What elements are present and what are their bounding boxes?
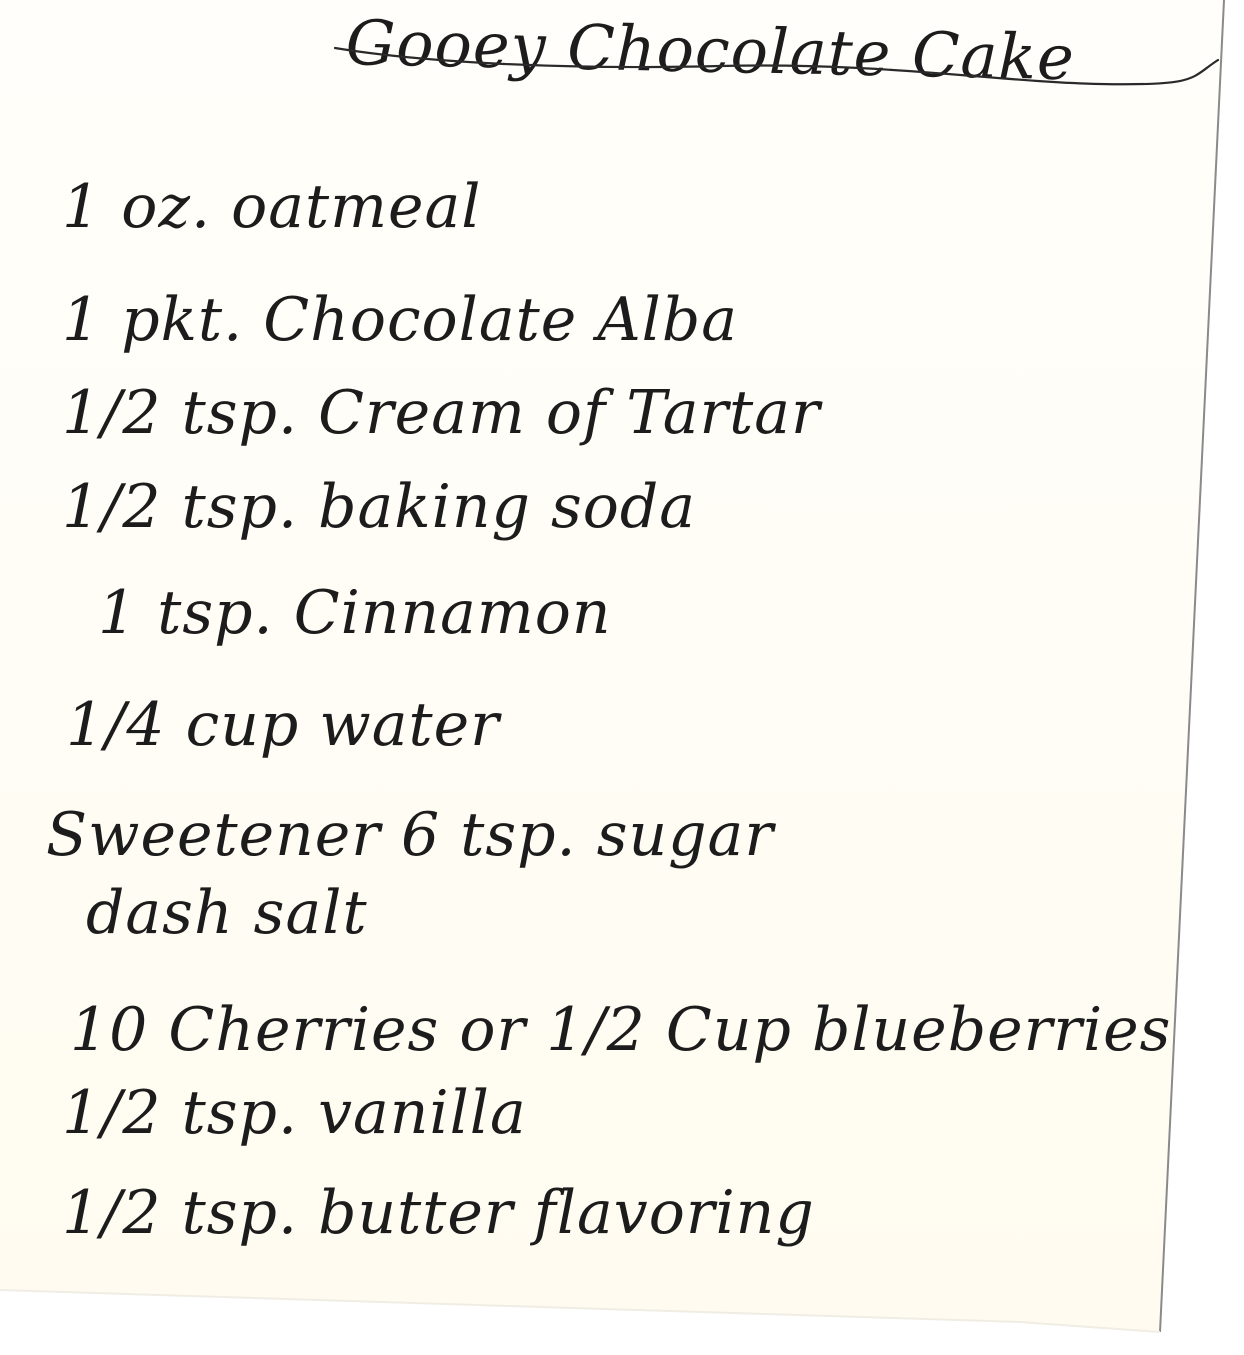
ingredient-sweetener: Sweetener 6 tsp. sugar <box>46 800 774 870</box>
ingredient-chocolate-alba: 1 pkt. Chocolate Alba <box>62 285 738 355</box>
ingredient-vanilla: 1/2 tsp. vanilla <box>62 1078 527 1148</box>
ingredient-butter-flavoring: 1/2 tsp. butter flavoring <box>62 1178 815 1248</box>
ingredient-cinnamon: 1 tsp. Cinnamon <box>98 578 612 648</box>
ingredient-oatmeal: 1 oz. oatmeal <box>62 172 482 242</box>
ingredient-fruit: 10 Cherries or 1/2 Cup blueberries <box>70 995 1171 1065</box>
ingredient-cream-of-tartar: 1/2 tsp. Cream of Tartar <box>62 378 821 448</box>
recipe-title: Gooey Chocolate Cake <box>345 6 1075 94</box>
ingredient-water: 1/4 cup water <box>66 690 500 760</box>
ingredient-salt: dash salt <box>86 878 368 948</box>
ingredient-baking-soda: 1/2 tsp. baking soda <box>62 472 696 542</box>
